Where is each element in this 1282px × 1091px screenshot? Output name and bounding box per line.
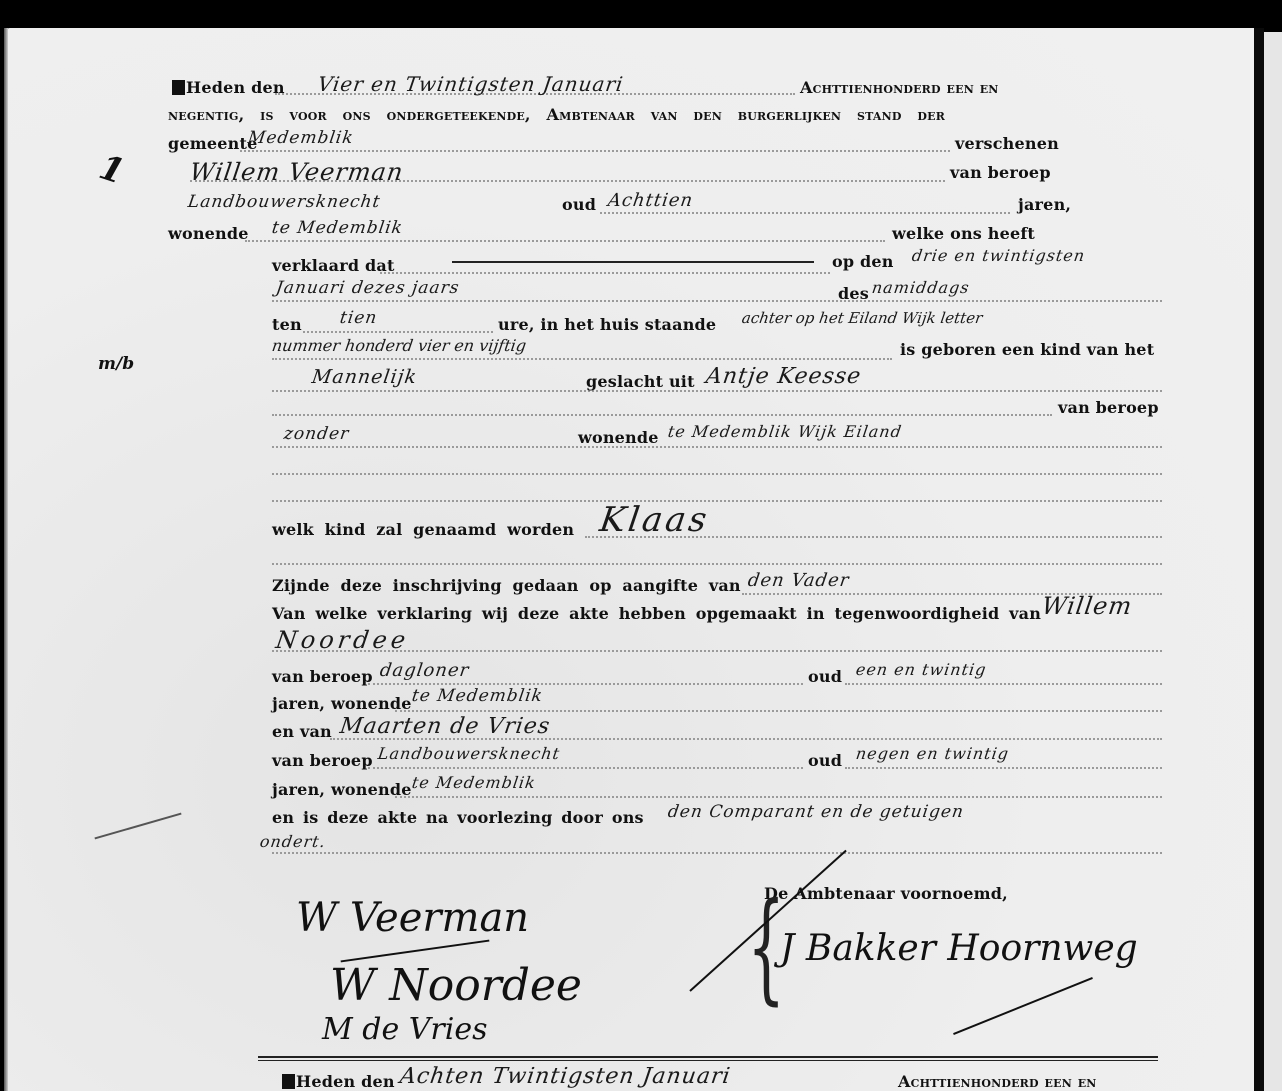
dotted-line [368, 767, 803, 769]
hw-witness1-name-2: Noordee [274, 626, 411, 654]
dotted-line [272, 390, 1162, 392]
hw-municipality: Medemblik [247, 128, 355, 148]
hw-declarant-residence: te Medemblik [271, 218, 405, 238]
hw-birth-hour: tien [339, 308, 379, 328]
dotted-line [272, 500, 1162, 502]
printed-welke-ons-heeft: welke ons heeft [892, 224, 1035, 243]
hw-witness1-occupation: dagloner [379, 660, 471, 681]
printed-voorlezing: en is deze akte na voorlezing door ons [272, 808, 644, 827]
hw-declarant-age: Achttien [607, 190, 695, 211]
dotted-line [272, 446, 1162, 448]
dotted-line [368, 683, 803, 685]
printed-verschenen: verschenen [955, 134, 1059, 153]
printed-verklaring: Van welke verklaring wij deze akte hebbe… [272, 604, 1041, 623]
printed-op-den: op den [832, 252, 894, 271]
hw-mother-occupation: zonder [283, 424, 351, 444]
hw-birth-month-year: Januari dezes jaars [275, 278, 461, 298]
hw-informant: den Vader [747, 570, 851, 591]
hw-declarant-occupation: Landbouwersknecht [187, 192, 382, 212]
dotted-line [272, 414, 1052, 416]
printed-heden: Heden den [172, 78, 285, 97]
signature-witness2: M de Vries [322, 1012, 488, 1047]
printed-aangifte: Zijnde deze inschrijving gedaan op aangi… [272, 576, 741, 595]
printed-jaren: jaren, [1018, 195, 1071, 214]
printed-welk-kind: welk kind zal genaamd worden [272, 520, 574, 539]
printed-is-geboren: is geboren een kind van het [900, 340, 1154, 359]
dotted-line [380, 272, 830, 274]
printed-ure-huis: ure, in het huis staande [498, 315, 716, 334]
dotted-line [272, 358, 892, 360]
dotted-line [600, 212, 1010, 214]
hw-birth-date: drie en twintigsten [911, 246, 1087, 265]
next-page-edge [1264, 32, 1282, 1091]
printed-verklaard-dat: verklaard dat [272, 256, 395, 275]
hw-birth-location-1: achter op het Eiland Wijk letter [741, 309, 984, 327]
hw-reading-1: den Comparant en de getuigen [667, 802, 966, 822]
margin-note: m/b [98, 354, 134, 374]
printed-geslacht-uit: geslacht uit [586, 372, 695, 391]
hw-child-name: Klaas [597, 500, 712, 540]
hw-witness2-name: Maarten de Vries [338, 714, 552, 739]
dotted-line [395, 796, 1162, 798]
next-printed-year: Achttienhonderd een en [898, 1072, 1097, 1091]
printed-des: des [838, 284, 869, 303]
printed-van-beroep-2: van beroep [1058, 398, 1159, 417]
printed-van-beroep-w2: van beroep [272, 751, 373, 770]
hw-reading-2: ondert. [259, 832, 327, 851]
hw-witness1-name-1: Willem [1040, 592, 1134, 620]
hw-birth-location-2: nummer honderd vier en vijftig [271, 336, 528, 355]
dotted-line [303, 331, 493, 333]
printed-wonende-2: wonende [578, 428, 659, 447]
printed-jaren-wonende-w1: jaren, wonende [272, 694, 412, 713]
dotted-line [272, 563, 1162, 565]
dotted-line [272, 473, 1162, 475]
strike-line [452, 261, 814, 263]
printed-year-1: Achttienhonderd een en [800, 78, 999, 97]
dotted-line [395, 710, 1162, 712]
dotted-line [272, 852, 1162, 854]
hw-witness2-residence: te Medemblik [411, 773, 538, 792]
hw-witness1-age: een en twintig [855, 660, 988, 679]
next-printed-heden: Heden den [282, 1072, 395, 1091]
hw-mother-name: Antje Keesse [704, 364, 863, 389]
dotted-line [845, 767, 1162, 769]
printed-oud: oud [562, 195, 596, 214]
book-gutter [1254, 28, 1264, 1091]
dotted-line [245, 240, 885, 242]
hw-witness2-occupation: Landbouwersknecht [377, 744, 562, 763]
page-edge [4, 28, 8, 1091]
dotted-line [240, 150, 950, 152]
signature-official: J Bakker Hoornweg [780, 928, 1138, 969]
dotted-line [272, 300, 1162, 302]
printed-van-beroep-w1: van beroep [272, 667, 373, 686]
printed-wonende: wonende [168, 224, 249, 243]
hw-birth-daypart: namiddags [871, 278, 971, 297]
record-separator [258, 1060, 1158, 1061]
printed-line-2: negentig, is voor ons ondergeteekende, A… [168, 105, 945, 124]
official-label: De Ambtenaar voornoemd, [764, 884, 1008, 903]
hw-child-sex: Mannelijk [310, 366, 418, 388]
signature-witness1: W Noordee [330, 960, 582, 1011]
hw-mother-residence: te Medemblik Wijk Eiland [667, 422, 904, 441]
printed-en-van: en van [272, 722, 332, 741]
hw-date: Vier en Twintigsten Januari [316, 72, 625, 96]
printed-van-beroep: van beroep [950, 163, 1051, 182]
dotted-line [845, 683, 1162, 685]
record-separator [258, 1056, 1158, 1058]
hw-declarant-name: Willem Veerman [188, 158, 405, 186]
signature-declarant: W Veerman [296, 895, 529, 941]
hw-witness2-age: negen en twintig [855, 744, 1011, 763]
hw-next-date: Achten Twintigsten Januari [398, 1064, 732, 1089]
hw-witness1-residence: te Medemblik [411, 686, 545, 706]
printed-ten: ten [272, 315, 302, 334]
printed-oud-w2: oud [808, 751, 842, 770]
printed-jaren-wonende-w2: jaren, wonende [272, 780, 412, 799]
printed-oud-w1: oud [808, 667, 842, 686]
